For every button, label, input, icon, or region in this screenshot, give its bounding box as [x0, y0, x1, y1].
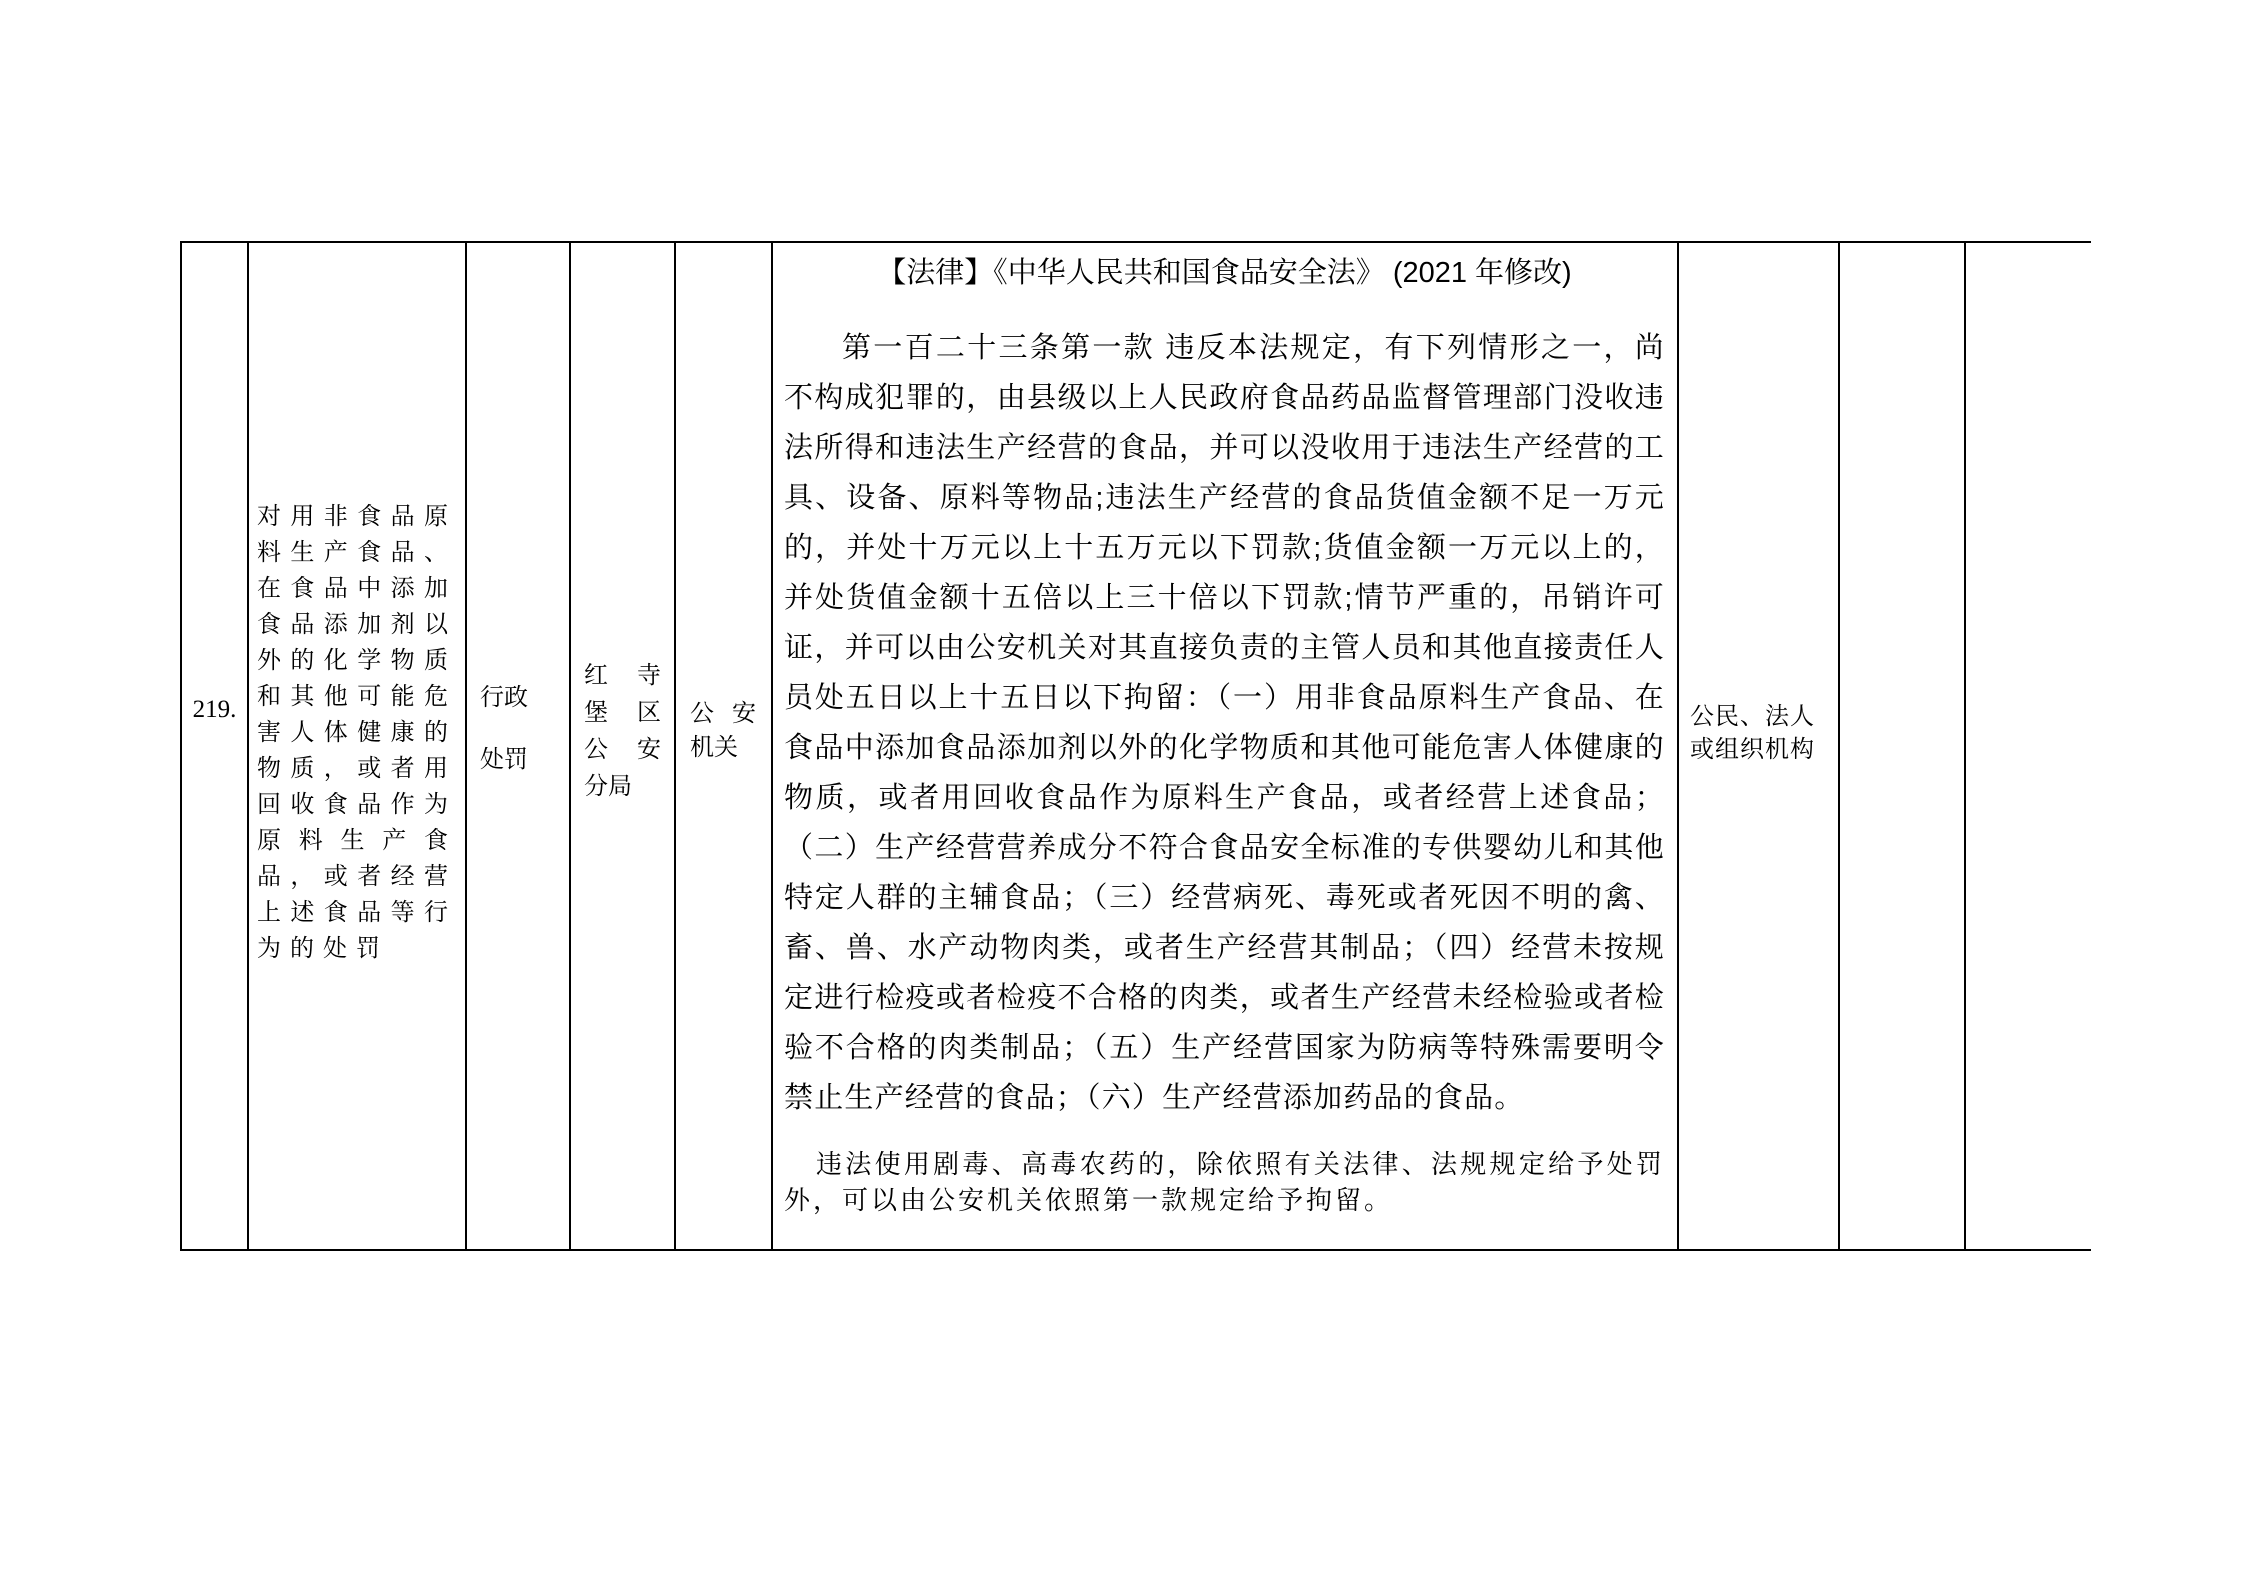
matter-cell: 对用非食品原料生产食品、在食品中添加食品添加剂以外的化学物质和其他可能危害人体健… — [249, 243, 467, 1249]
row-number: 219. — [193, 696, 237, 724]
implementing-agency-cell: 红寺 堡区 公安 分局 — [571, 243, 676, 1249]
empty-cell-1 — [1840, 243, 1966, 1249]
regulation-table-row-219: 219. 对用非食品原料生产食品、在食品中添加食品添加剂以外的化学物质和其他可能… — [180, 241, 2091, 1251]
empty-cell-2 — [1966, 243, 2093, 1249]
punishment-type-line-1: 行政 — [480, 667, 569, 729]
agency-category-line-2: 机关 — [690, 731, 756, 765]
agency-line-3: 公安 — [584, 732, 661, 769]
document-page: { "document": { "background": "#ffffff",… — [0, 0, 2245, 1587]
row-number-cell: 219. — [182, 243, 249, 1249]
legal-basis-cell: 【法律】《中华人民共和国食品安全法》 (2021 年修改) 第一百二十三条第一款… — [773, 243, 1679, 1249]
agency-category-cell: 公安 机关 — [676, 243, 773, 1249]
legal-basis-title: 【法律】《中华人民共和国食品安全法》 (2021 年修改) — [784, 248, 1665, 298]
agency-category-line-1: 公安 — [690, 697, 756, 731]
matter-text: 对用非食品原料生产食品、在食品中添加食品添加剂以外的化学物质和其他可能危害人体健… — [257, 499, 457, 967]
legal-basis-article: 第一百二十三条第一款 违反本法规定，有下列情形之一，尚不构成犯罪的，由县级以上人… — [784, 323, 1665, 1123]
punishment-type-cell: 行政 处罚 — [467, 243, 571, 1249]
punishment-type-line-2: 处罚 — [480, 729, 569, 791]
target-line-1: 公民、法人 — [1690, 700, 1830, 733]
agency-line-2: 堡区 — [584, 695, 661, 732]
legal-basis-note: 违法使用剧毒、高毒农药的，除依照有关法律、法规规定给予处罚外，可以由公安机关依照… — [784, 1147, 1665, 1219]
agency-line-4: 分局 — [584, 769, 661, 806]
target-cell: 公民、法人 或组织机构 — [1679, 243, 1840, 1249]
target-line-2: 或组织机构 — [1690, 733, 1830, 766]
agency-line-1: 红寺 — [584, 658, 661, 695]
